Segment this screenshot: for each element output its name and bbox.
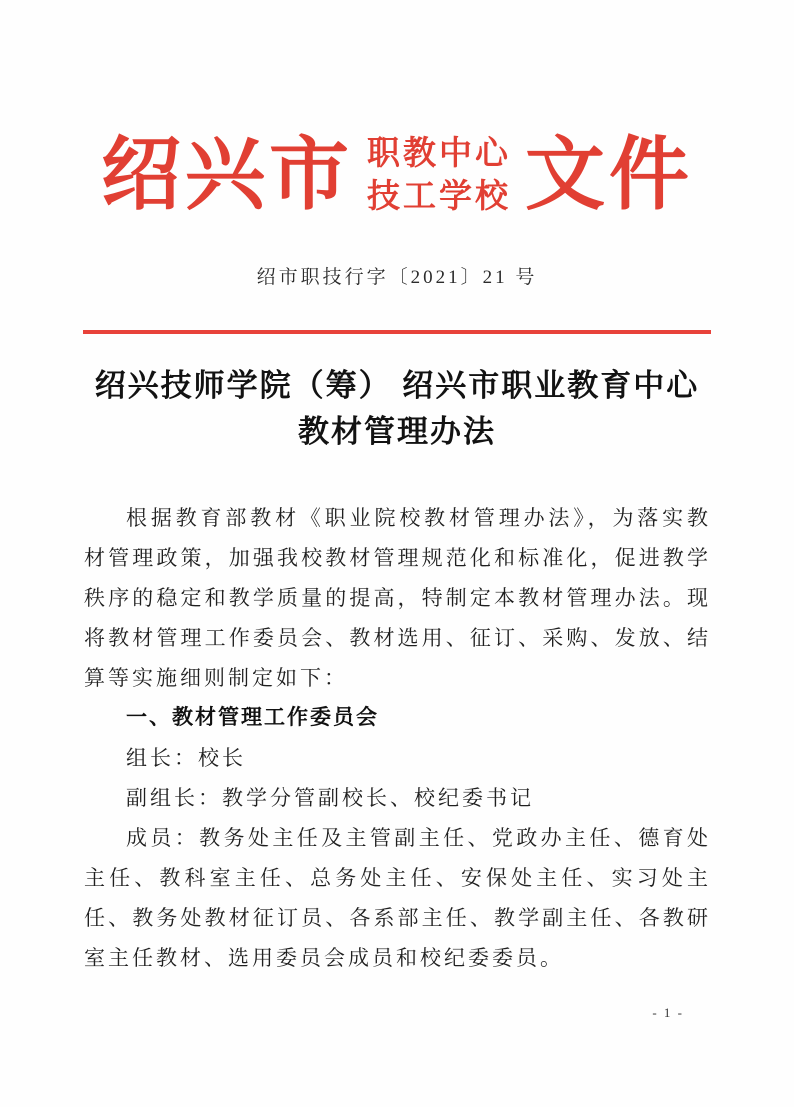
red-divider-rule (83, 330, 711, 334)
org-name-small-block: 职教中心 技工学校 (367, 133, 511, 219)
document-reference-number: 绍市职技行字〔2021〕21 号 (0, 262, 794, 289)
red-letterhead: 绍兴市 职教中心 技工学校 文件 (0, 132, 794, 220)
document-title: 绍兴技师学院（筹） 绍兴市职业教育中心 教材管理办法 (0, 363, 794, 455)
deputy-leader-line: 副组长：教学分管副校长、校纪委书记 (84, 778, 711, 818)
org-name-large-left: 绍兴市 (101, 132, 353, 220)
leader-line: 组长：校长 (84, 738, 711, 778)
org-small-line-2: 技工学校 (367, 176, 511, 219)
document-title-line-1: 绍兴技师学院（筹） 绍兴市职业教育中心 (0, 363, 794, 409)
org-small-line-1: 职教中心 (367, 133, 511, 176)
section-1-heading: 一、教材管理工作委员会 (84, 698, 711, 738)
document-title-line-2: 教材管理办法 (0, 409, 794, 455)
document-body: 根据教育部教材《职业院校教材管理办法》，为落实教材管理政策，加强我校教材管理规范… (84, 498, 711, 978)
members-paragraph: 成员：教务处主任及主管副主任、党政办主任、德育处主任、教科室主任、总务处主任、安… (84, 818, 711, 978)
document-word: 文件 (525, 132, 693, 220)
page-number: - 1 - (652, 1005, 684, 1021)
intro-paragraph: 根据教育部教材《职业院校教材管理办法》，为落实教材管理政策，加强我校教材管理规范… (84, 498, 711, 698)
document-page: 绍兴市 职教中心 技工学校 文件 绍市职技行字〔2021〕21 号 绍兴技师学院… (0, 0, 794, 1107)
